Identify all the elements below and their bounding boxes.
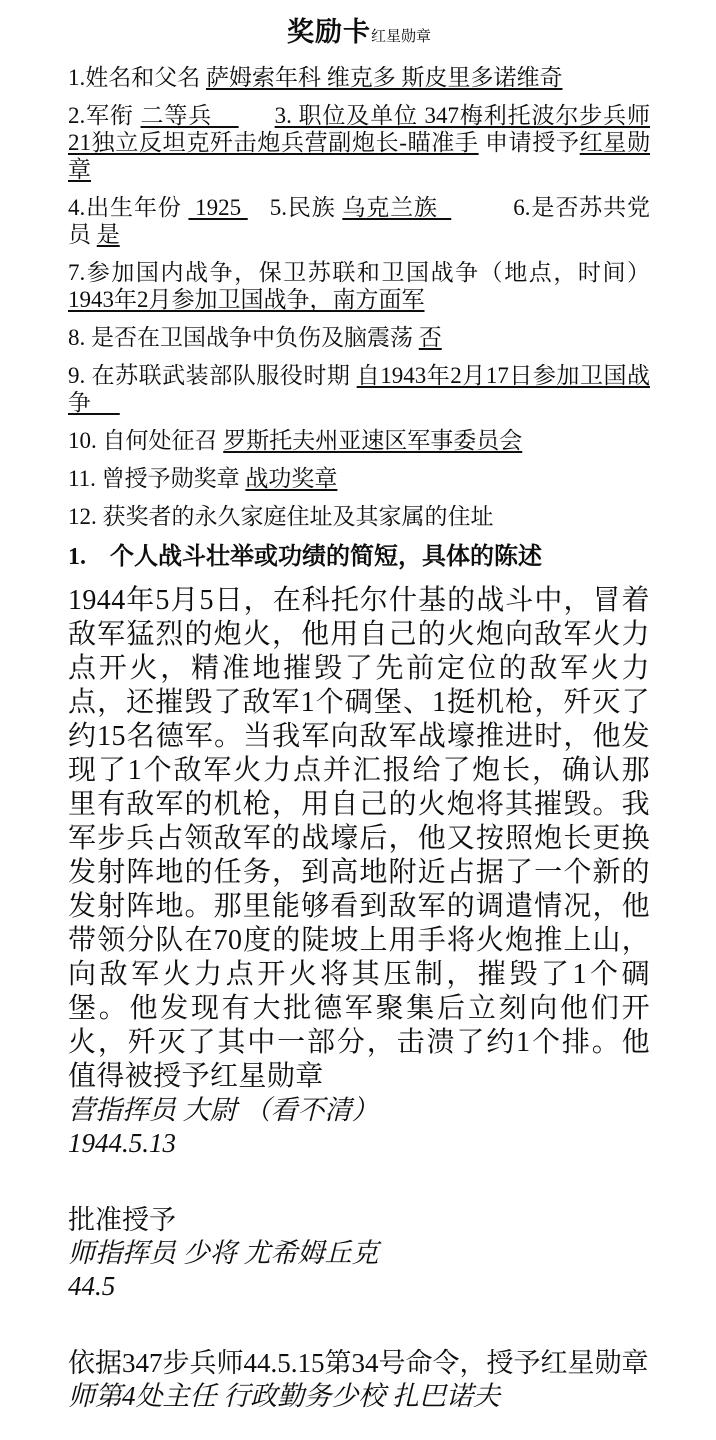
field-ethnicity-label: 5.民族 [270, 195, 343, 220]
field-rank-value: 二等兵 [141, 103, 239, 128]
field-birth-value: 1925 [188, 195, 247, 220]
field-name: 1.姓名和父名 萨姆索年科 维克多 斯皮里多诺维奇 [68, 64, 650, 91]
field-wars: 7.参加国内战争，保卫苏联和卫国战争（地点，时间）1943年2月参加卫国战争，南… [68, 259, 650, 313]
signature-battalion-date: 1944.5.13 [68, 1127, 650, 1160]
field-birth-label: 4.出生年份 [68, 195, 188, 220]
signature-section-chief: 师第4处主任 行政勤务少校 扎巴诺夫 [68, 1380, 650, 1413]
award-card-document: 奖励卡红星勋章 1.姓名和父名 萨姆索年科 维克多 斯皮里多诺维奇 2.军衔 二… [0, 0, 716, 1413]
signature-division-commander: 师指挥员 少将 尤希姆丘克 [68, 1237, 650, 1270]
field-party-value: 是 [97, 222, 120, 247]
signature-battalion-commander: 营指挥员 大尉 （看不清） [68, 1094, 650, 1127]
field-wounds-label: 8. 是否在卫国战争中负伤及脑震荡 [68, 325, 419, 350]
field-service: 9. 在苏联武装部队服役时期 自1943年2月17日参加卫国战争 [68, 362, 650, 416]
field-drafted-label: 10. 自何处征召 [68, 428, 223, 453]
field-address: 12. 获奖者的永久家庭住址及其家属的住址 [68, 503, 650, 530]
field-name-label: 1.姓名和父名 [68, 65, 206, 90]
field-drafted: 10. 自何处征召 罗斯托夫州亚速区军事委员会 [68, 427, 650, 454]
title-main: 奖励卡 [287, 17, 371, 47]
order-line: 依据347步兵师44.5.15第34号命令，授予红星勋章 [68, 1347, 650, 1380]
field-awards-label: 11. 曾授予勋奖章 [68, 466, 245, 491]
field-wounds-value: 否 [419, 325, 442, 350]
field-wars-value: 1943年2月参加卫国战争，南方面军 [68, 287, 425, 312]
field-wounds: 8. 是否在卫国战争中负伤及脑震荡 否 [68, 324, 650, 351]
signature-division-date: 44.5 [68, 1270, 650, 1303]
field-name-value: 萨姆索年科 维克多 斯皮里多诺维奇 [206, 65, 563, 90]
field-position-request: 申请授予 [479, 130, 580, 155]
field-birth-ethnicity-party: 4.出生年份 1925 5.民族 乌克兰族 6.是否苏共党员 是 [68, 194, 650, 248]
citation-body: 1944年5月5日，在科托尔什基的战斗中，冒着敌军猛烈的炮火，他用自己的火炮向敌… [68, 584, 650, 1094]
title-subtitle: 红星勋章 [371, 29, 431, 45]
field-rank-position: 2.军衔 二等兵 3. 职位及单位 347梅利托波尔步兵师21独立反坦克歼击炮兵… [68, 102, 650, 183]
field-drafted-value: 罗斯托夫州亚速区军事委员会 [223, 428, 522, 453]
document-title: 奖励卡红星勋章 [68, 10, 650, 49]
citation-heading: 1. 个人战斗壮举或功绩的简短，具体的陈述 [68, 543, 650, 571]
field-address-label: 12. 获奖者的永久家庭住址及其家属的住址 [68, 504, 494, 529]
field-ethnicity-value: 乌克兰族 [342, 195, 451, 220]
field-awards-value: 战功奖章 [245, 466, 337, 491]
approval-line: 批准授予 [68, 1204, 650, 1237]
field-awards: 11. 曾授予勋奖章 战功奖章 [68, 465, 650, 492]
field-wars-label: 7.参加国内战争，保卫苏联和卫国战争（地点，时间） [68, 260, 650, 285]
field-service-label: 9. 在苏联武装部队服役时期 [68, 363, 357, 388]
field-rank-label: 2.军衔 [68, 103, 141, 128]
